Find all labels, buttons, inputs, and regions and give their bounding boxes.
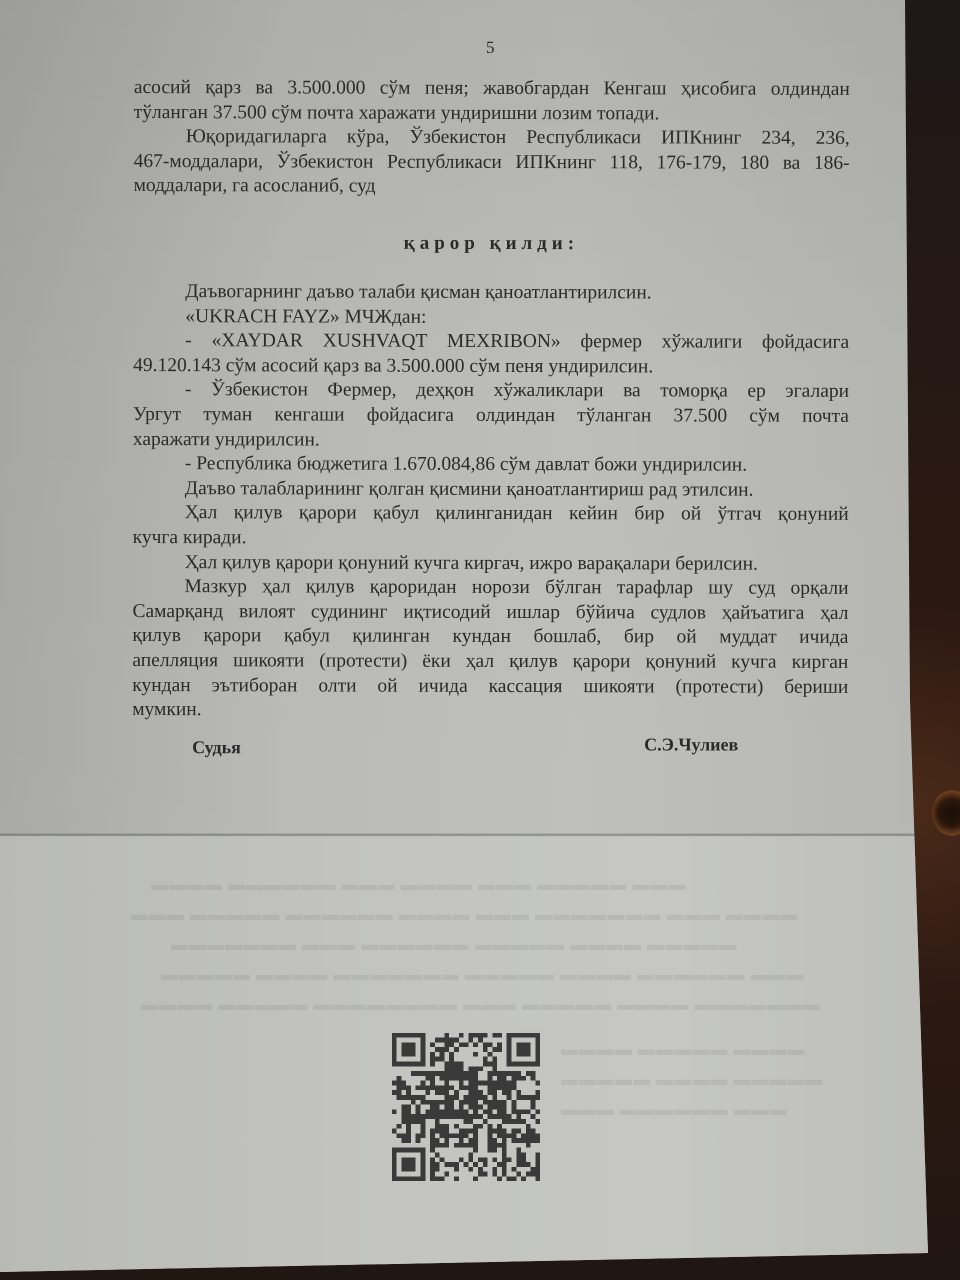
text-line: Ургут туман кенгаши фойдасига олдиндан т… (133, 402, 849, 428)
text-line: апелляция шикояти (протести) ёки ҳал қил… (132, 648, 848, 674)
decision-heading: қарор қилди: (133, 230, 849, 257)
bleed-through-text: ▬▬▬ ▬▬▬▬▬▬ ▬▬▬ (560, 1100, 787, 1120)
text-line: «UKRACH FAYZ» МЧЖдан: (133, 304, 849, 330)
text-line: асосий қарз ва 3.500.000 сўм пеня; жавоб… (134, 75, 850, 101)
text-line: мумкин. (132, 697, 848, 723)
text-line: Даъво талабларининг қолган қисмини қаноа… (133, 476, 849, 502)
text-line: кучга киради. (133, 525, 849, 551)
bleed-through-text: ▬▬▬▬▬▬▬ ▬▬▬▬ ▬▬▬▬▬ ▬▬▬ ▬▬▬▬▬▬▬▬ ▬▬▬▬▬ ▬▬… (140, 995, 820, 1015)
text-line: Ҳал қилув қарори қонуний кучга киргач, и… (133, 550, 849, 576)
qr-code-graphic (387, 1028, 545, 1186)
bleed-through-text: ▬▬▬ ▬▬▬▬▬ ▬▬▬ ▬▬▬▬ ▬▬▬ ▬▬▬▬▬▬ ▬▬▬▬ (150, 875, 686, 895)
bleed-through-text: ▬▬▬▬▬ ▬▬▬▬ ▬▬▬▬▬ ▬▬▬▬▬▬ ▬▬▬ ▬▬▬▬▬▬▬ (170, 935, 736, 955)
text-line: - «XAYDAR XUSHVAQT MEXRIBON» фермер хўжа… (133, 328, 849, 354)
text-line: Самарқанд вилоят судининг иқтисодий ишла… (132, 599, 848, 625)
decision-paragraphs: Даъвогарнинг даъво талаби қисман қаноатл… (132, 279, 849, 724)
text-line: Даъвогарнинг даъво талаби қисман қаноатл… (133, 279, 849, 305)
text-line: моддалари, га асосланиб, суд (134, 173, 850, 199)
bleed-through-text: ▬▬▬▬ ▬▬▬ ▬▬▬▬▬▬▬ ▬▬▬ ▬▬▬▬ ▬▬▬▬▬▬ ▬▬▬▬▬ ▬… (130, 905, 797, 925)
document-body: 5 асосий қарз ва 3.500.000 сўм пеня; жав… (134, 30, 850, 32)
text-line: 49.120.143 сўм асосий қарз ва 3.500.000 … (133, 353, 849, 379)
text-line: Ҳал қилув қарори қабул қилинганидан кейи… (133, 500, 849, 526)
text-line: - Республика бюджетига 1.670.084,86 сўм … (133, 451, 849, 477)
text-line: 467-моддалари, Ўзбекистон Республикаси И… (134, 149, 850, 175)
qr-code-icon (387, 1028, 545, 1186)
intro-paragraphs: асосий қарз ва 3.500.000 сўм пеня; жавоб… (134, 75, 850, 200)
fold-crease (0, 833, 960, 837)
bleed-through-text: ▬▬▬ ▬▬▬▬▬▬ ▬▬▬▬ ▬▬▬▬▬ ▬▬▬▬▬▬▬ ▬▬▬▬ ▬▬▬▬▬ (160, 965, 804, 985)
signature-block: Судья С.Э.Чулиев (132, 735, 848, 737)
text-line: қилув қарори қабул қилинган кундан бошла… (132, 623, 848, 649)
text-line: харажати ундирилсин. (133, 427, 849, 453)
paper-sheet: ▬▬▬ ▬▬▬▬▬ ▬▬▬ ▬▬▬▬ ▬▬▬ ▬▬▬▬▬▬ ▬▬▬▬ ▬▬▬▬ … (0, 0, 960, 1280)
signature-title: Судья (192, 735, 241, 761)
signature-name: С.Э.Чулиев (644, 732, 738, 758)
text-line: кундан эътиборан олти ой ичида кассация … (132, 672, 848, 698)
bleed-through-text: ▬▬▬▬▬ ▬▬▬▬ ▬▬▬▬▬ (560, 1070, 823, 1090)
text-line: - Ўзбекистон Фермер, деҳқон хўжаликлари … (133, 377, 849, 403)
bleed-through-text: ▬▬▬▬ ▬▬▬▬▬ ▬▬▬▬ (560, 1040, 805, 1060)
text-line: тўланган 37.500 сўм почта харажати ундир… (134, 100, 850, 126)
text-line: Юқоридагиларга кўра, Ўзбекистон Республи… (134, 124, 850, 150)
page-number: 5 (486, 35, 495, 61)
text-line: Мазкур ҳал қилув қароридан норози бўлган… (133, 574, 849, 600)
